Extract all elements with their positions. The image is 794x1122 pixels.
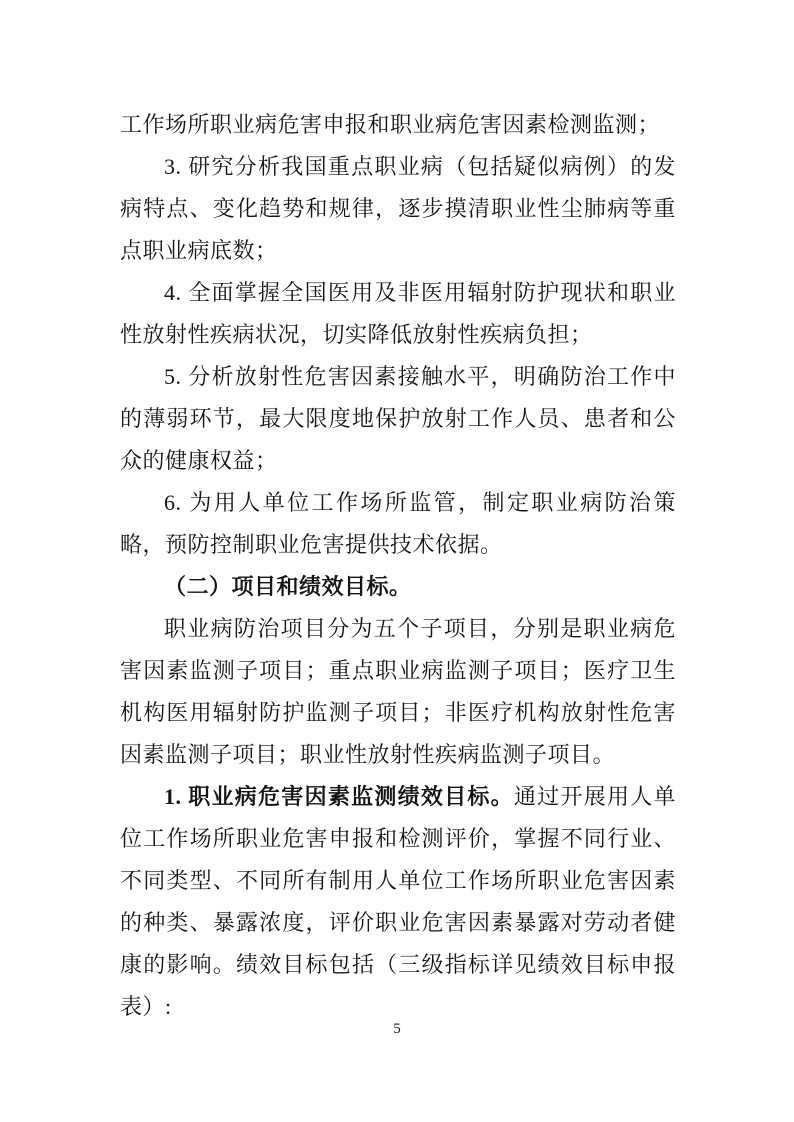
document-page: 工作场所职业病危害申报和职业病危害因素检测监测； 3. 研究分析我国重点职业病（…	[0, 0, 794, 1122]
paragraph-item-6: 6. 为用人单位工作场所监管，制定职业病防治策略，预防控制职业危害提供技术依据。	[120, 482, 676, 566]
paragraph-item-5: 5. 分析放射性危害因素接触水平，明确防治工作中的薄弱环节，最大限度地保护放射工…	[120, 356, 676, 482]
paragraph-performance-target: 1. 职业病危害因素监测绩效目标。通过开展用人单位工作场所职业危害申报和检测评价…	[120, 776, 676, 1028]
section-heading: （二）项目和绩效目标。	[120, 566, 676, 608]
paragraph-bold-lead: 1. 职业病危害因素监测绩效目标。	[164, 784, 514, 809]
paragraph-sub-projects: 职业病防治项目分为五个子项目，分别是职业病危害因素监测子项目；重点职业病监测子项…	[120, 608, 676, 776]
paragraph-continuation: 工作场所职业病危害申报和职业病危害因素检测监测；	[120, 104, 676, 146]
page-number: 5	[393, 1021, 401, 1037]
paragraph-item-4: 4. 全面掌握全国医用及非医用辐射防护现状和职业性放射性疾病状况，切实降低放射性…	[120, 272, 676, 356]
page-footer: 5	[0, 1020, 794, 1038]
paragraph-body-text: 通过开展用人单位工作场所职业危害申报和检测评价，掌握不同行业、不同类型、不同所有…	[120, 784, 676, 1019]
document-body: 工作场所职业病危害申报和职业病危害因素检测监测； 3. 研究分析我国重点职业病（…	[120, 104, 676, 1028]
paragraph-item-3: 3. 研究分析我国重点职业病（包括疑似病例）的发病特点、变化趋势和规律，逐步摸清…	[120, 146, 676, 272]
